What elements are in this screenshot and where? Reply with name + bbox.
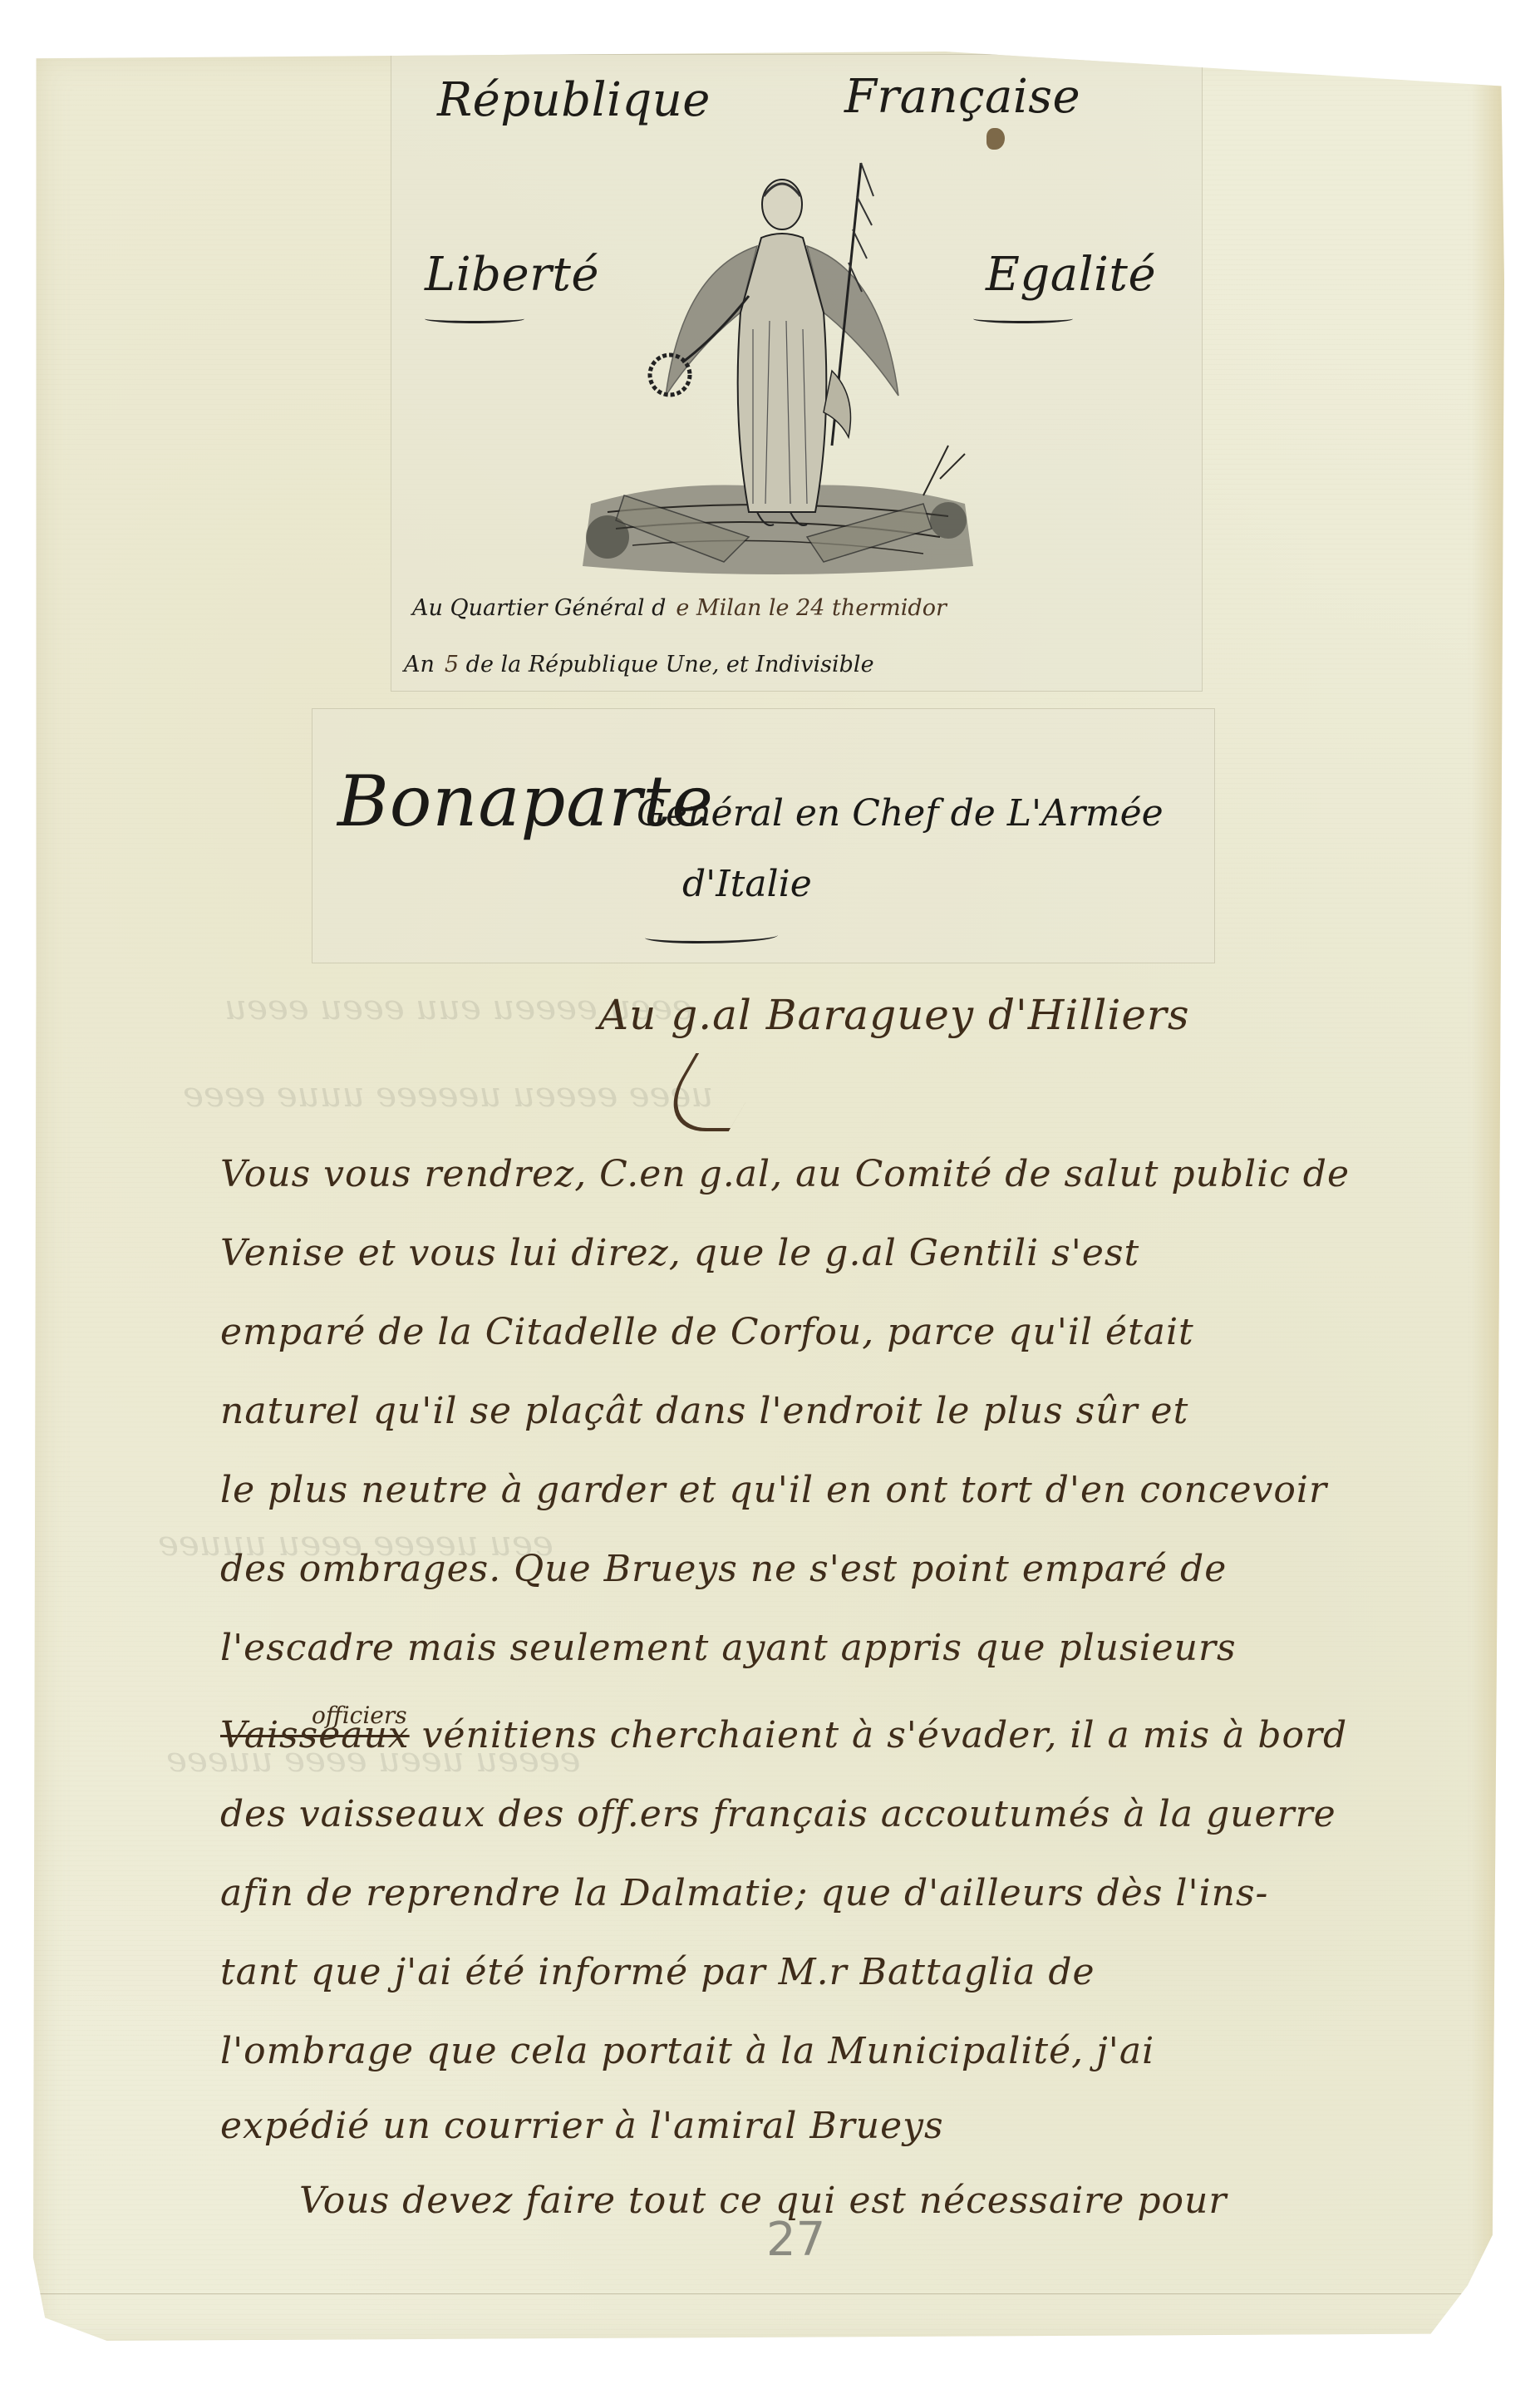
letter-line: naturel qu'il se plaçât dans l'endroit l… bbox=[220, 1390, 1188, 1432]
letter-line: des vaisseaux des off.ers français accou… bbox=[220, 1793, 1336, 1835]
letter-line: Vous devez faire tout ce qui est nécessa… bbox=[299, 2180, 1227, 2222]
letter-line-text: vénitiens cherchaient à s'évader, il a m… bbox=[422, 1714, 1348, 1756]
struck-word: Vaisseaux bbox=[220, 1714, 410, 1756]
document-sheet: eeeu eeeeu euu eeeu eeeu ueee eeeeu ueee… bbox=[33, 52, 1504, 2350]
letter-line: l'escadre mais seulement ayant appris qu… bbox=[220, 1627, 1237, 1669]
letter-line: Vous vous rendrez, C.en g.al, au Comité … bbox=[220, 1153, 1350, 1195]
letter-line: l'ombrage que cela portait à la Municipa… bbox=[220, 2030, 1154, 2072]
letter-line: des ombrages. Que Brueys ne s'est point … bbox=[220, 1548, 1227, 1590]
addressee-line: Au g.al Baraguey d'Hilliers bbox=[598, 991, 1189, 1039]
letter-line: tant que j'ai été informé par M.r Battag… bbox=[220, 1951, 1095, 1993]
letter-line: emparé de la Citadelle de Corfou, parce … bbox=[220, 1311, 1194, 1353]
folio-number: 27 bbox=[766, 2213, 825, 2267]
letter-line: expédié un courrier à l'amiral Brueys bbox=[220, 2105, 944, 2147]
handwritten-letter: Au g.al Baraguey d'Hilliers Vous vous re… bbox=[33, 52, 1504, 2350]
letter-line: Vaisseaux vénitiens cherchaient à s'évad… bbox=[220, 1714, 1347, 1756]
letter-line: afin de reprendre la Dalmatie; que d'ail… bbox=[220, 1872, 1268, 1914]
letter-line: Venise et vous lui direz, que le g.al Ge… bbox=[220, 1232, 1139, 1274]
addressee-paraph bbox=[651, 1053, 774, 1131]
letter-line: le plus neutre à garder et qu'il en ont … bbox=[220, 1469, 1327, 1511]
